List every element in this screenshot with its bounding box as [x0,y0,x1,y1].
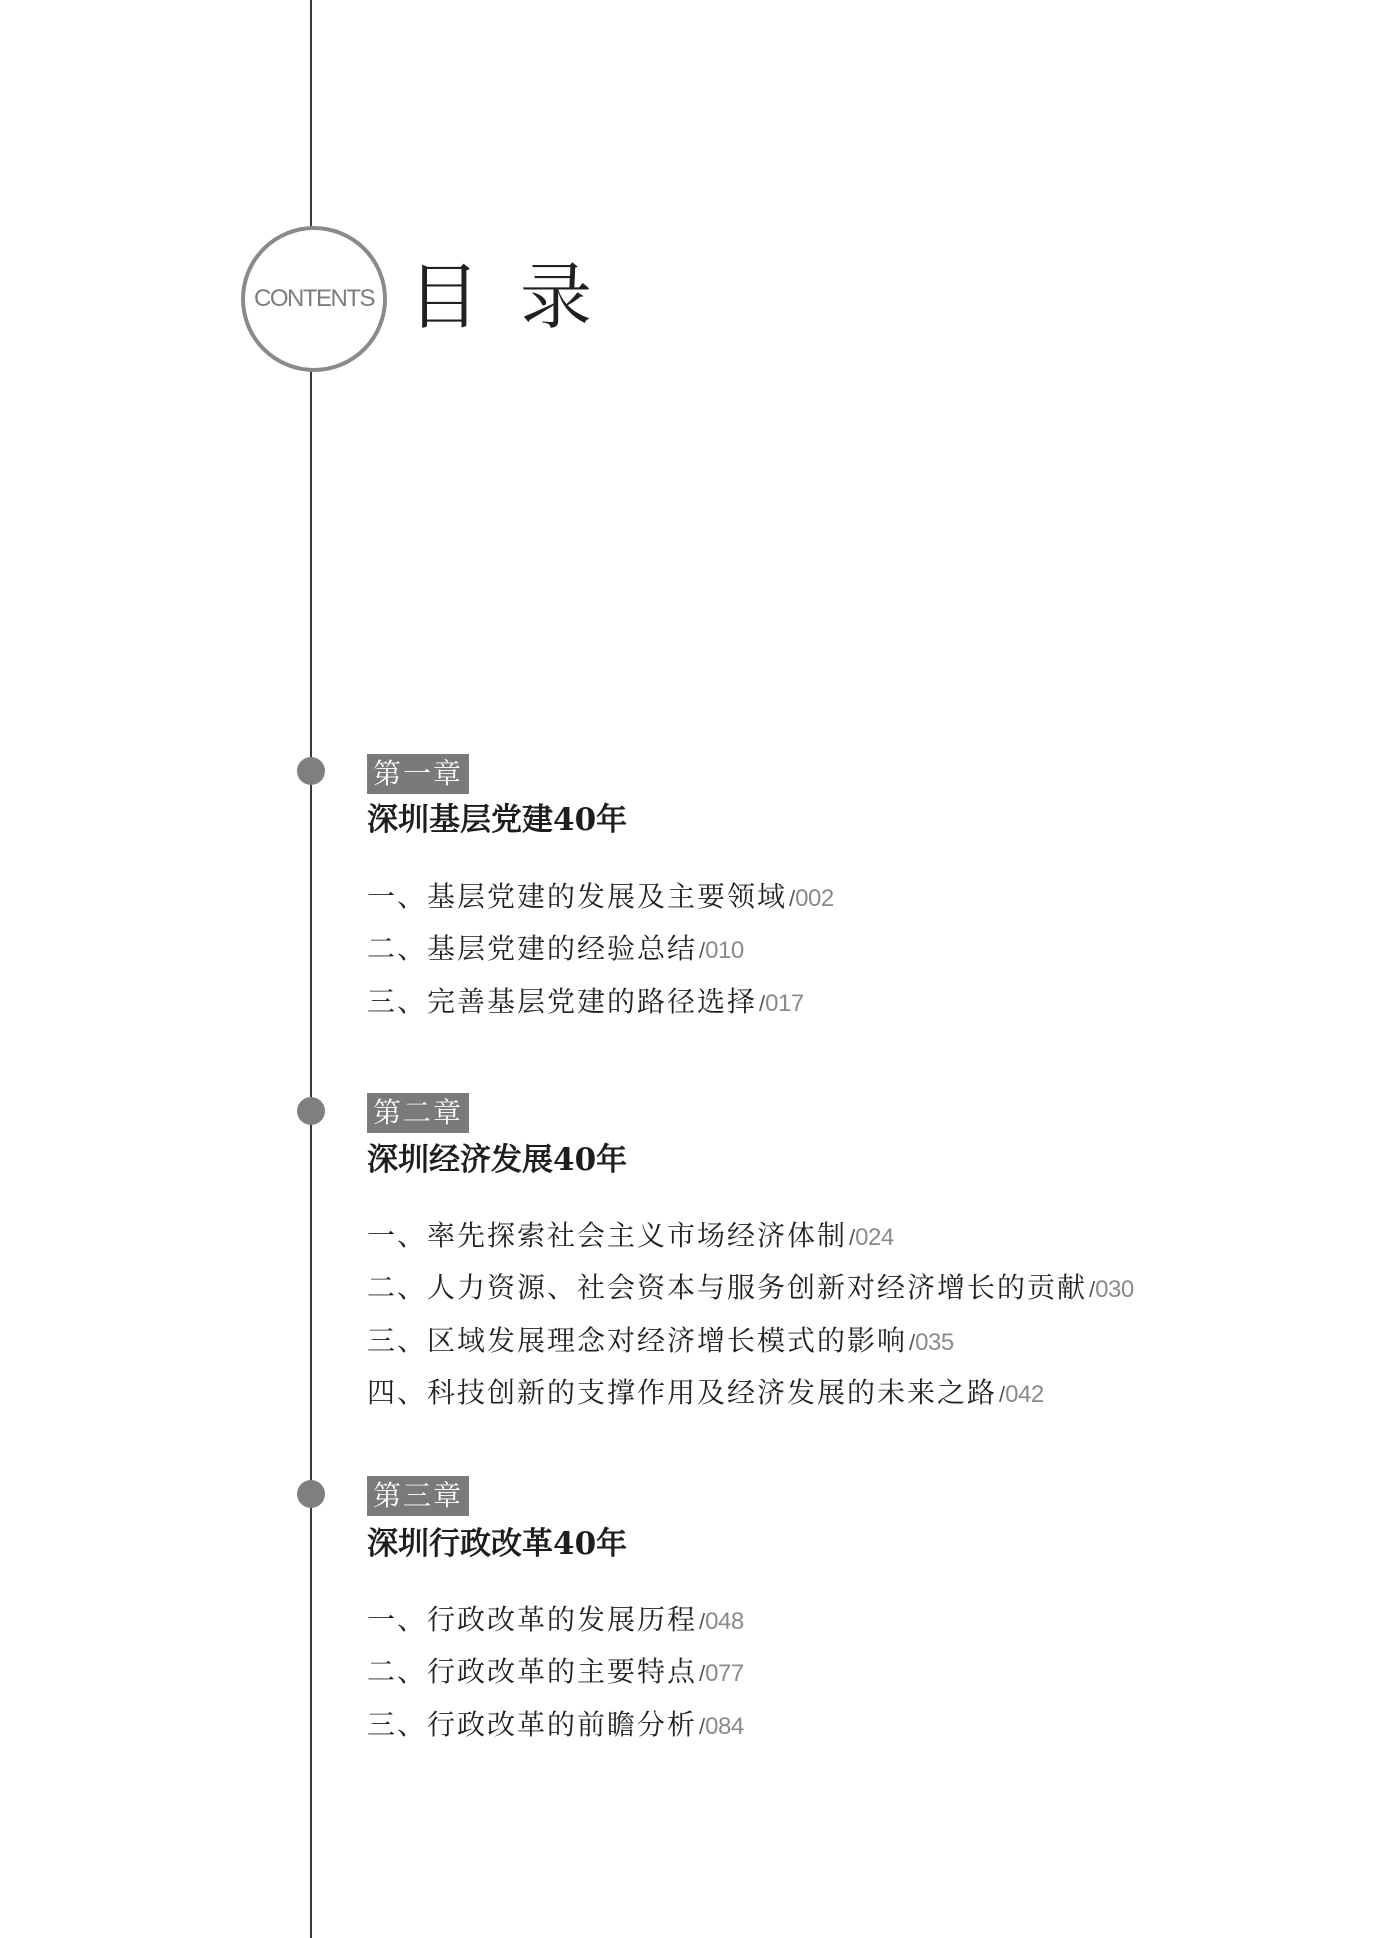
chapter-marker-dot [297,1097,325,1125]
contents-circle-badge: CONTENTS [241,226,387,372]
chapter-title[interactable]: 深圳行政改革40年 [367,1524,627,1564]
toc-entry[interactable]: 二、行政改革的主要特点/077 [367,1646,744,1698]
toc-list: 一、率先探索社会主义市场经济体制/024 二、人力资源、社会资本与服务创新对经济… [367,1210,1134,1419]
page-title: 目录 [408,252,632,342]
contents-label: CONTENTS [254,285,374,313]
toc-entry[interactable]: 三、完善基层党建的路径选择/017 [367,976,834,1028]
toc-entry[interactable]: 三、行政改革的前瞻分析/084 [367,1699,744,1751]
page-number: 048 [705,1608,744,1635]
toc-entry[interactable]: 四、科技创新的支撑作用及经济发展的未来之路/042 [367,1367,1134,1419]
page-number: 035 [915,1329,954,1356]
toc-entry[interactable]: 一、率先探索社会主义市场经济体制/024 [367,1210,1134,1262]
toc-entry[interactable]: 一、基层党建的发展及主要领域/002 [367,871,834,923]
page-number: 077 [705,1660,744,1687]
toc-entry-title: 一、基层党建的发展及主要领域 [367,880,787,913]
page-number: 084 [705,1713,744,1740]
chapter-marker-dot [297,1480,325,1508]
chapter-label: 第一章 [367,754,469,794]
toc-entry-title: 三、区域发展理念对经济增长模式的影响 [367,1324,907,1357]
toc-entry-title: 三、行政改革的前瞻分析 [367,1708,697,1741]
toc-entry-title: 二、行政改革的主要特点 [367,1655,697,1688]
page-number: 024 [855,1224,894,1251]
toc-list: 一、基层党建的发展及主要领域/002 二、基层党建的经验总结/010 三、完善基… [367,871,834,1028]
toc-entry-title: 三、完善基层党建的路径选择 [367,985,757,1018]
chapter-label: 第三章 [367,1476,469,1516]
toc-entry[interactable]: 二、基层党建的经验总结/010 [367,923,834,975]
toc-entry-title: 四、科技创新的支撑作用及经济发展的未来之路 [367,1376,997,1409]
page-number: 030 [1095,1276,1134,1303]
toc-entry[interactable]: 二、人力资源、社会资本与服务创新对经济增长的贡献/030 [367,1262,1134,1314]
toc-entry-title: 二、人力资源、社会资本与服务创新对经济增长的贡献 [367,1271,1087,1304]
page-number: 042 [1005,1381,1044,1408]
toc-entry[interactable]: 三、区域发展理念对经济增长模式的影响/035 [367,1315,1134,1367]
toc-entry-title: 一、行政改革的发展历程 [367,1603,697,1636]
chapter-marker-dot [297,757,325,785]
page-number: 017 [765,990,804,1017]
toc-entry-title: 一、率先探索社会主义市场经济体制 [367,1219,847,1252]
page-number: 010 [705,937,744,964]
chapter-title[interactable]: 深圳基层党建40年 [367,800,627,840]
chapter-title[interactable]: 深圳经济发展40年 [367,1140,627,1180]
toc-entry-title: 二、基层党建的经验总结 [367,932,697,965]
page-number: 002 [795,885,834,912]
chapter-label: 第二章 [367,1093,469,1133]
toc-list: 一、行政改革的发展历程/048 二、行政改革的主要特点/077 三、行政改革的前… [367,1594,744,1751]
toc-entry[interactable]: 一、行政改革的发展历程/048 [367,1594,744,1646]
